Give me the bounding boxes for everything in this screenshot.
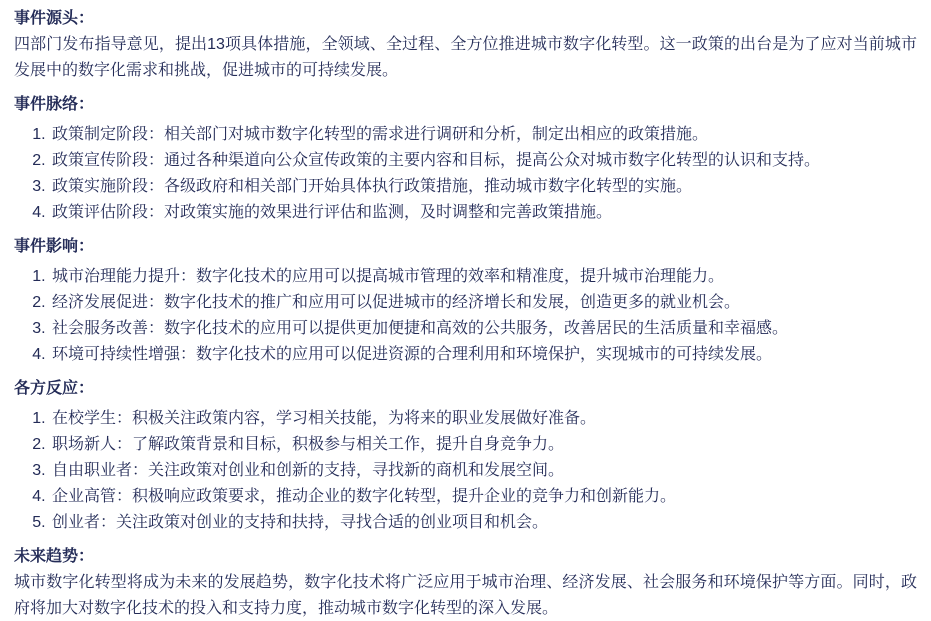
list-item: 政策评估阶段：对政策实施的效果进行评估和监测，及时调整和完善政策措施。 bbox=[50, 200, 917, 226]
section-title: 事件影响： bbox=[14, 234, 917, 260]
section-event-origin: 事件源头： 四部门发布指导意见，提出13项具体措施，全领域、全过程、全方位推进城… bbox=[14, 6, 917, 84]
list-item: 自由职业者：关注政策对创业和创新的支持，寻找新的商机和发展空间。 bbox=[50, 458, 917, 484]
section-title: 事件脉络： bbox=[14, 92, 917, 118]
numbered-list: 在校学生：积极关注政策内容，学习相关技能，为将来的职业发展做好准备。职场新人：了… bbox=[14, 406, 917, 536]
section-reactions: 各方反应： 在校学生：积极关注政策内容，学习相关技能，为将来的职业发展做好准备。… bbox=[14, 376, 917, 536]
list-item: 经济发展促进：数字化技术的推广和应用可以促进城市的经济增长和发展，创造更多的就业… bbox=[50, 290, 917, 316]
list-item: 职场新人：了解政策背景和目标，积极参与相关工作，提升自身竞争力。 bbox=[50, 432, 917, 458]
section-future-trends: 未来趋势： 城市数字化转型将成为未来的发展趋势，数字化技术将广泛应用于城市治理、… bbox=[14, 544, 917, 621]
section-paragraph: 四部门发布指导意见，提出13项具体措施，全领域、全过程、全方位推进城市数字化转型… bbox=[14, 32, 917, 84]
section-title: 事件源头： bbox=[14, 6, 917, 32]
section-event-impact: 事件影响： 城市治理能力提升：数字化技术的应用可以提高城市管理的效率和精准度，提… bbox=[14, 234, 917, 368]
numbered-list: 政策制定阶段：相关部门对城市数字化转型的需求进行调研和分析，制定出相应的政策措施… bbox=[14, 122, 917, 226]
document: 事件源头： 四部门发布指导意见，提出13项具体措施，全领域、全过程、全方位推进城… bbox=[0, 0, 931, 621]
list-item: 政策制定阶段：相关部门对城市数字化转型的需求进行调研和分析，制定出相应的政策措施… bbox=[50, 122, 917, 148]
section-title: 未来趋势： bbox=[14, 544, 917, 570]
numbered-list: 城市治理能力提升：数字化技术的应用可以提高城市管理的效率和精准度，提升城市治理能… bbox=[14, 264, 917, 368]
list-item: 创业者：关注政策对创业的支持和扶持，寻找合适的创业项目和机会。 bbox=[50, 510, 917, 536]
list-item: 环境可持续性增强：数字化技术的应用可以促进资源的合理利用和环境保护，实现城市的可… bbox=[50, 342, 917, 368]
list-item: 政策实施阶段：各级政府和相关部门开始具体执行政策措施，推动城市数字化转型的实施。 bbox=[50, 174, 917, 200]
list-item: 城市治理能力提升：数字化技术的应用可以提高城市管理的效率和精准度，提升城市治理能… bbox=[50, 264, 917, 290]
section-paragraph: 城市数字化转型将成为未来的发展趋势，数字化技术将广泛应用于城市治理、经济发展、社… bbox=[14, 570, 917, 621]
list-item: 企业高管：积极响应政策要求，推动企业的数字化转型，提升企业的竞争力和创新能力。 bbox=[50, 484, 917, 510]
list-item: 社会服务改善：数字化技术的应用可以提供更加便捷和高效的公共服务，改善居民的生活质… bbox=[50, 316, 917, 342]
section-event-context: 事件脉络： 政策制定阶段：相关部门对城市数字化转型的需求进行调研和分析，制定出相… bbox=[14, 92, 917, 226]
section-title: 各方反应： bbox=[14, 376, 917, 402]
list-item: 政策宣传阶段：通过各种渠道向公众宣传政策的主要内容和目标，提高公众对城市数字化转… bbox=[50, 148, 917, 174]
list-item: 在校学生：积极关注政策内容，学习相关技能，为将来的职业发展做好准备。 bbox=[50, 406, 917, 432]
